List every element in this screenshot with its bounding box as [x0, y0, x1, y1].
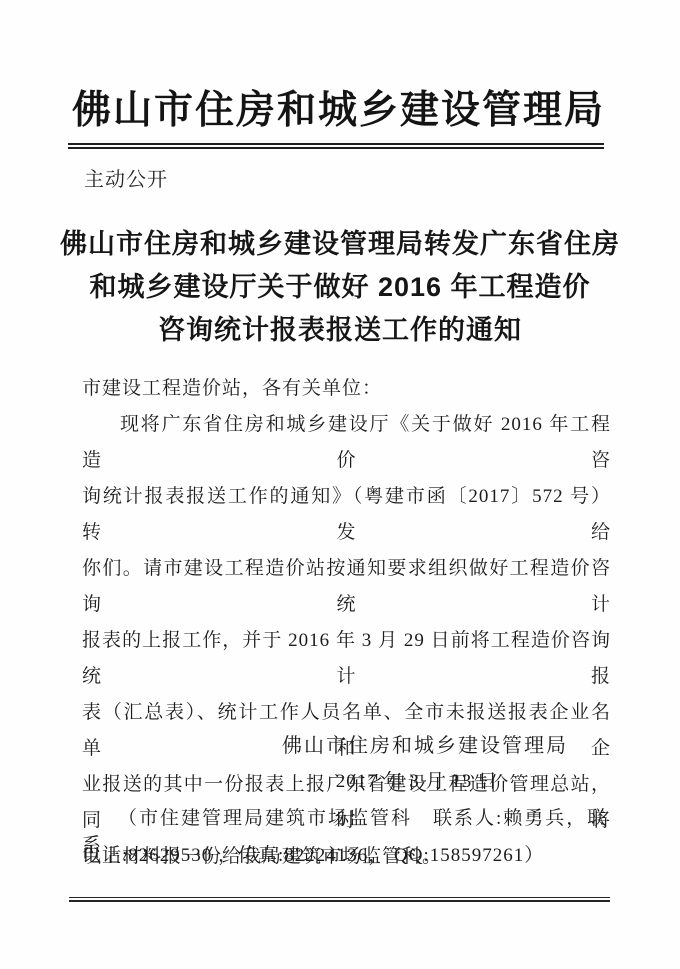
document-title-line-2: 和城乡建设厅关于做好 2016 年工程造价 — [56, 266, 624, 309]
document-body: 市建设工程造价站，各有关单位： 现将广东省住房和城乡建设厅《关于做好 2016 … — [82, 371, 611, 875]
signature-organization: 佛山市住房和城乡建设管理局 — [82, 729, 610, 758]
contact-line: 电话:82629530 ，传真:82224136， QQ:158597261） — [82, 840, 610, 867]
document-page: 佛山市住房和城乡建设管理局 主动公开 佛山市住房和城乡建设管理局转发广东省住房 … — [0, 0, 680, 969]
body-line: 询统计报表报送工作的通知》（粤建市函〔2017〕572 号）转发给 — [82, 479, 611, 551]
body-line: 现将广东省住房和城乡建设厅《关于做好 2016 年工程造价咨 — [82, 407, 611, 479]
signature-date: 2017 年 3 月 13 日 — [82, 766, 610, 793]
body-line: 报表的上报工作，并于 2016 年 3 月 29 日前将工程造价咨询统计报 — [82, 623, 611, 695]
document-title-line-1: 佛山市住房和城乡建设管理局转发广东省住房 — [56, 223, 624, 266]
footer-divider — [69, 897, 610, 902]
letterhead-divider — [68, 143, 604, 149]
body-line: 你们。请市建设工程造价站按通知要求组织做好工程造价咨询统计 — [82, 551, 611, 623]
document-title: 佛山市住房和城乡建设管理局转发广东省住房 和城乡建设厅关于做好 2016 年工程… — [56, 223, 624, 352]
document-title-line-3: 咨询统计报表报送工作的通知 — [56, 309, 624, 352]
salutation-line: 市建设工程造价站，各有关单位： — [82, 371, 611, 407]
disclosure-label: 主动公开 — [84, 163, 168, 192]
letterhead-title: 佛山市住房和城乡建设管理局 — [72, 86, 604, 136]
